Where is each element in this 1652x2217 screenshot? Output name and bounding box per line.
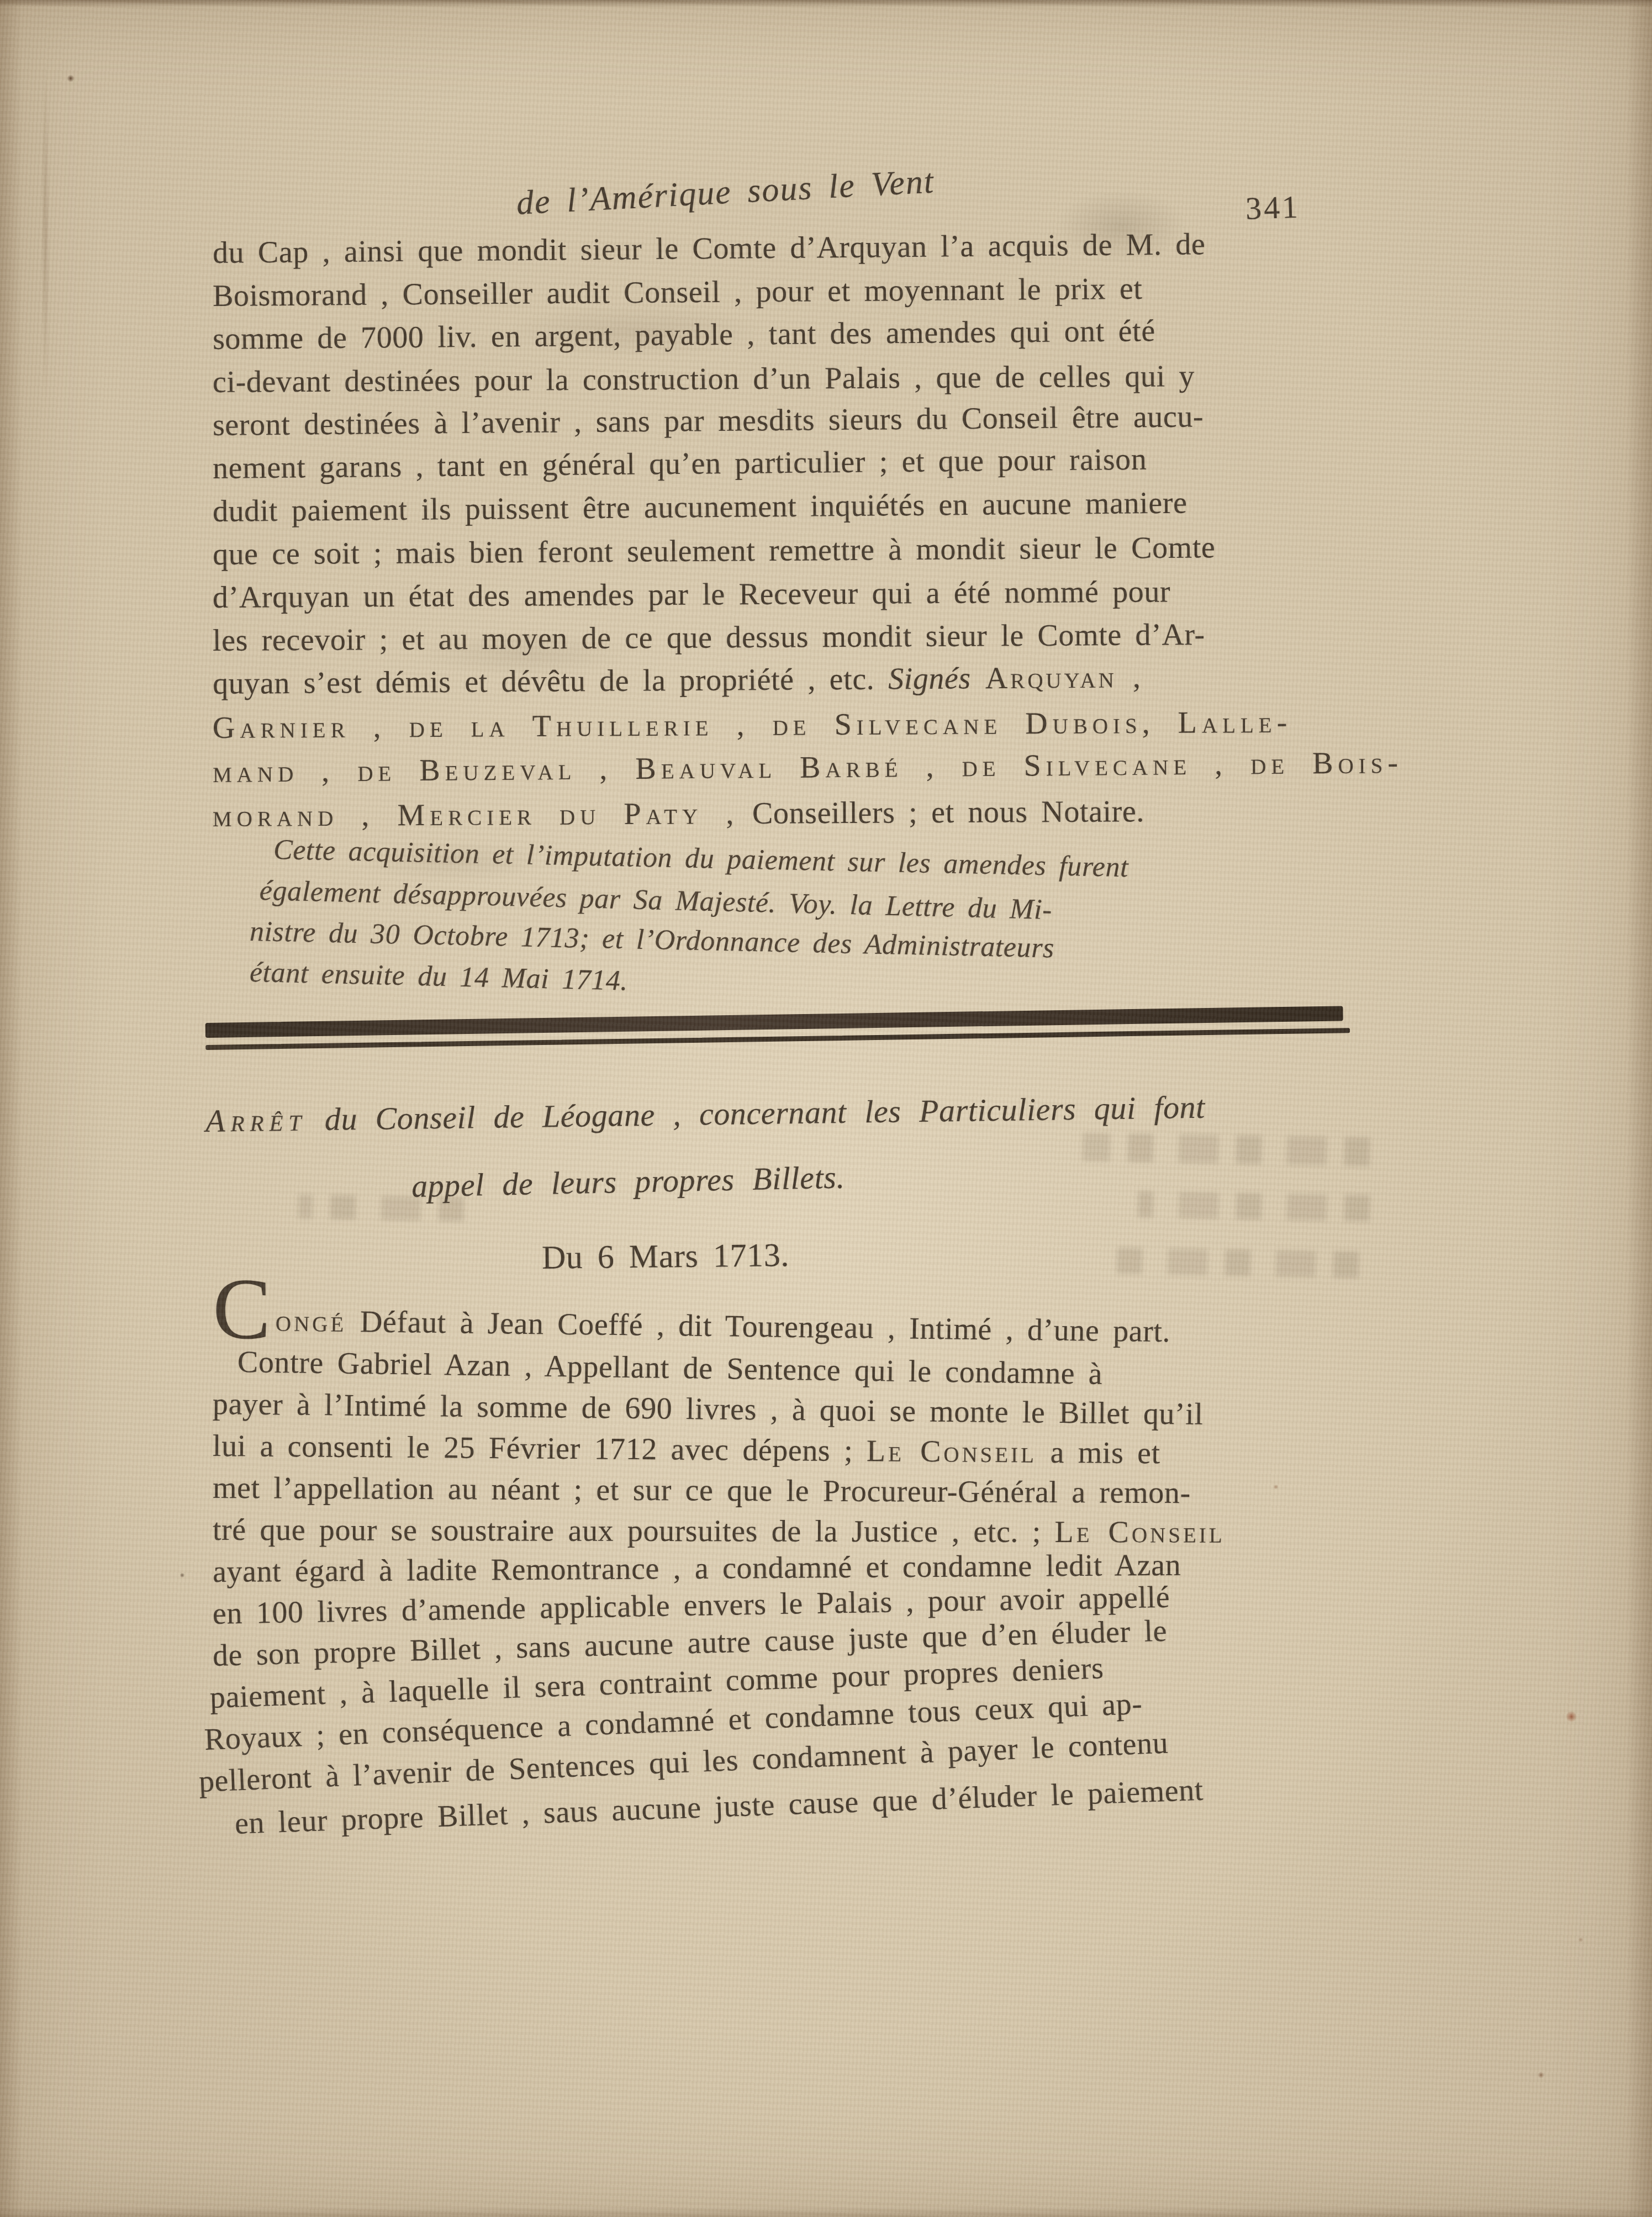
heading-text: du Conseil de Léogane , concernant les P…: [307, 1089, 1205, 1138]
text-segment: quyan s’est démis et dévêtu de la propri…: [213, 662, 888, 701]
text-line: somme de 7000 liv. en argent, payable , …: [213, 307, 1384, 361]
text-segment-smallcaps: ongé: [276, 1303, 347, 1339]
heading-line: appel de leurs propres Billets.: [411, 1148, 1185, 1208]
text-segment-italic: Signés: [888, 661, 971, 696]
text-segment-smallcaps: morand , Mercier du Paty ,: [213, 796, 739, 833]
text-line-signatures: morand , Mercier du Paty , Conseillers ;…: [213, 788, 1384, 838]
text-segment: Conseillers ; et nous Notaire.: [738, 794, 1144, 831]
text-segment: lui a consenti le 25 Février 1712 avec d…: [213, 1429, 867, 1468]
text-line-signatures: mand , de Beuzeval , Beauval Barbé , de …: [213, 741, 1384, 794]
bleedthrough-mark: [1138, 1191, 1370, 1221]
text-segment: tré que pour se soustraire aux poursuite…: [213, 1513, 1055, 1549]
text-line: que ce soit ; mais bien feront seulement…: [213, 524, 1384, 577]
bleedthrough-mark: [1099, 1247, 1359, 1278]
running-header: de l’Amérique sous le Vent: [515, 146, 1180, 225]
text-line-signatures: quyan s’est démis et dévêtu de la propri…: [213, 653, 1384, 706]
text-segment: Défaut à Jean Coeffé , dit Tourengeau , …: [346, 1305, 1171, 1349]
text-segment: a mis et: [1037, 1435, 1160, 1471]
text-segment-smallcaps: Arquyan ,: [971, 660, 1143, 695]
section-divider: [205, 1006, 1344, 1050]
heading-smallcaps: Arrêt: [205, 1101, 307, 1139]
scanned-book-page: de l’Amérique sous le Vent 341 du Cap , …: [0, 0, 1652, 2217]
text-segment-smallcaps: Le Conseil: [867, 1434, 1037, 1469]
heading-line: Arrêt du Conseil de Léogane , concernant…: [205, 1083, 1376, 1143]
date-heading: Du 6 Mars 1713.: [213, 1229, 1119, 1283]
